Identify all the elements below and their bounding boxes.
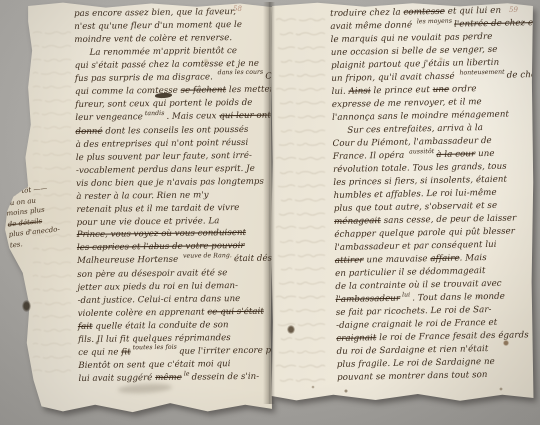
photo-vignette bbox=[0, 0, 540, 425]
manuscript-photo: 58 pas encore assez bien, que la faveur,… bbox=[0, 0, 540, 425]
